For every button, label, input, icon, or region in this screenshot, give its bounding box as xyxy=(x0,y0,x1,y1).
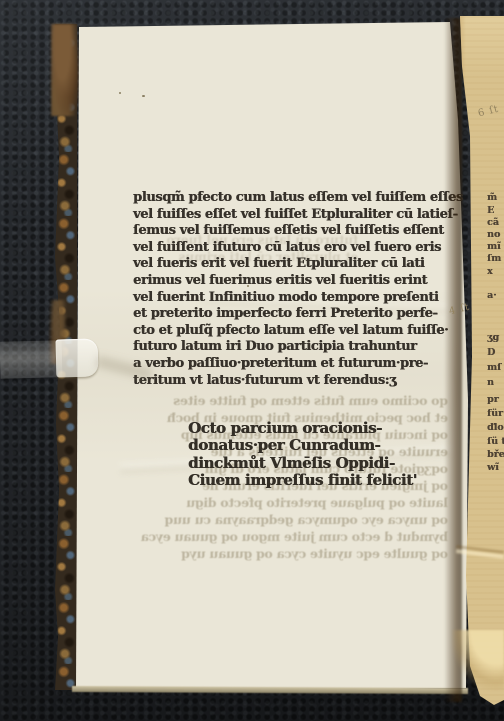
text-line: vel fueris erit vel fuerit Etpluraliter … xyxy=(133,256,463,273)
text-line: vel fuerint Infinitiuo modo tempore preſ… xyxy=(133,290,463,307)
edge-letter: bře xyxy=(487,450,504,460)
colophon-line: dinckmůt Vlmēſis Oppidi- xyxy=(188,455,417,472)
foxing-speck xyxy=(142,95,145,97)
text-line: vel fuiſſes eſſet vel fuiſſet Etpluralit… xyxy=(133,207,463,224)
text-line: ſemus vel fuiſſemus eſſetis vel fuiſſeti… xyxy=(133,223,463,240)
edge-letter: a· xyxy=(487,291,496,301)
edge-letter: D xyxy=(487,348,495,358)
text-line: cto et pluſq̃ pfecto latum eſſe vel latu… xyxy=(133,323,463,340)
bleedthrough-line: oq unyca eyc oqumyca gedqraayna cu uuq xyxy=(100,511,448,528)
leaf-curl-highlight xyxy=(452,630,504,690)
edge-letter: ſü t xyxy=(487,437,504,447)
bleedthrough-line: oq guulte eqc uyuite cyca oq guuau uyq xyxy=(100,545,448,562)
colophon-line: Octo parcium oracionis- xyxy=(188,420,417,437)
edge-letter: n xyxy=(487,378,494,388)
printed-text-block: plusqm̃ pfecto cum latus eſſem vel fuiſſ… xyxy=(133,190,463,389)
edge-letter: wĩ xyxy=(487,463,499,473)
edge-letter: E xyxy=(487,206,494,216)
tape-strip xyxy=(0,340,62,379)
edge-letter: pr xyxy=(487,395,499,405)
text-line: et preterito imperfecto ferri Preterito … xyxy=(133,306,463,323)
bleedthrough-line: bymdut d ecto cum juite mgou oq guuau ey… xyxy=(100,528,448,545)
text-line: teritum vt latus·futurum vt ferendus:ʒ xyxy=(133,373,463,390)
frayed-spine-top xyxy=(51,24,79,116)
colophon-line: donatus·per Cunradum- xyxy=(188,437,417,454)
gutter-shadow xyxy=(444,18,462,702)
edge-letter: für xyxy=(487,409,503,419)
edge-letter: m̃ xyxy=(487,193,497,203)
edge-letter: ʒg xyxy=(487,333,499,343)
edge-letter: ſm xyxy=(487,254,501,264)
photograph-of-open-book: qo ociimo eum futis ettem oq fuitte eite… xyxy=(0,0,504,721)
tape-strip-end xyxy=(56,338,99,377)
edge-letter: no xyxy=(487,230,500,240)
text-line: vel fuiſſent ifuturo cū latus ero vel fu… xyxy=(133,240,463,257)
edge-letter: mſ xyxy=(487,363,501,373)
text-line: erimus vel fuerimus eritis vel fueritis … xyxy=(133,273,463,290)
text-line: a verbo paſſiuo·preteritum et futurum·pr… xyxy=(133,356,463,373)
bleedthrough-line: lauite oq pulgaue preterito pfecto digu xyxy=(100,494,448,511)
colophon-line: Ciuem impreſſus finit felicit' xyxy=(188,472,417,489)
text-line: plusqm̃ pfecto cum latus eſſem vel fuiſſ… xyxy=(133,190,463,207)
edge-letter: ďlo xyxy=(487,423,504,433)
edge-letter: cã xyxy=(487,218,499,228)
text-line: futuro latum iri Duo participia trahuntu… xyxy=(133,339,463,356)
colophon-block: Octo parcium oracionis- donatus·per Cunr… xyxy=(188,420,417,490)
foxing-speck xyxy=(119,92,121,94)
edge-letter: x xyxy=(487,267,493,277)
edge-letter: mĩ xyxy=(487,242,501,252)
bleedthrough-line: qo ociimo eum futis ettem oq fuitte eite… xyxy=(100,392,448,409)
